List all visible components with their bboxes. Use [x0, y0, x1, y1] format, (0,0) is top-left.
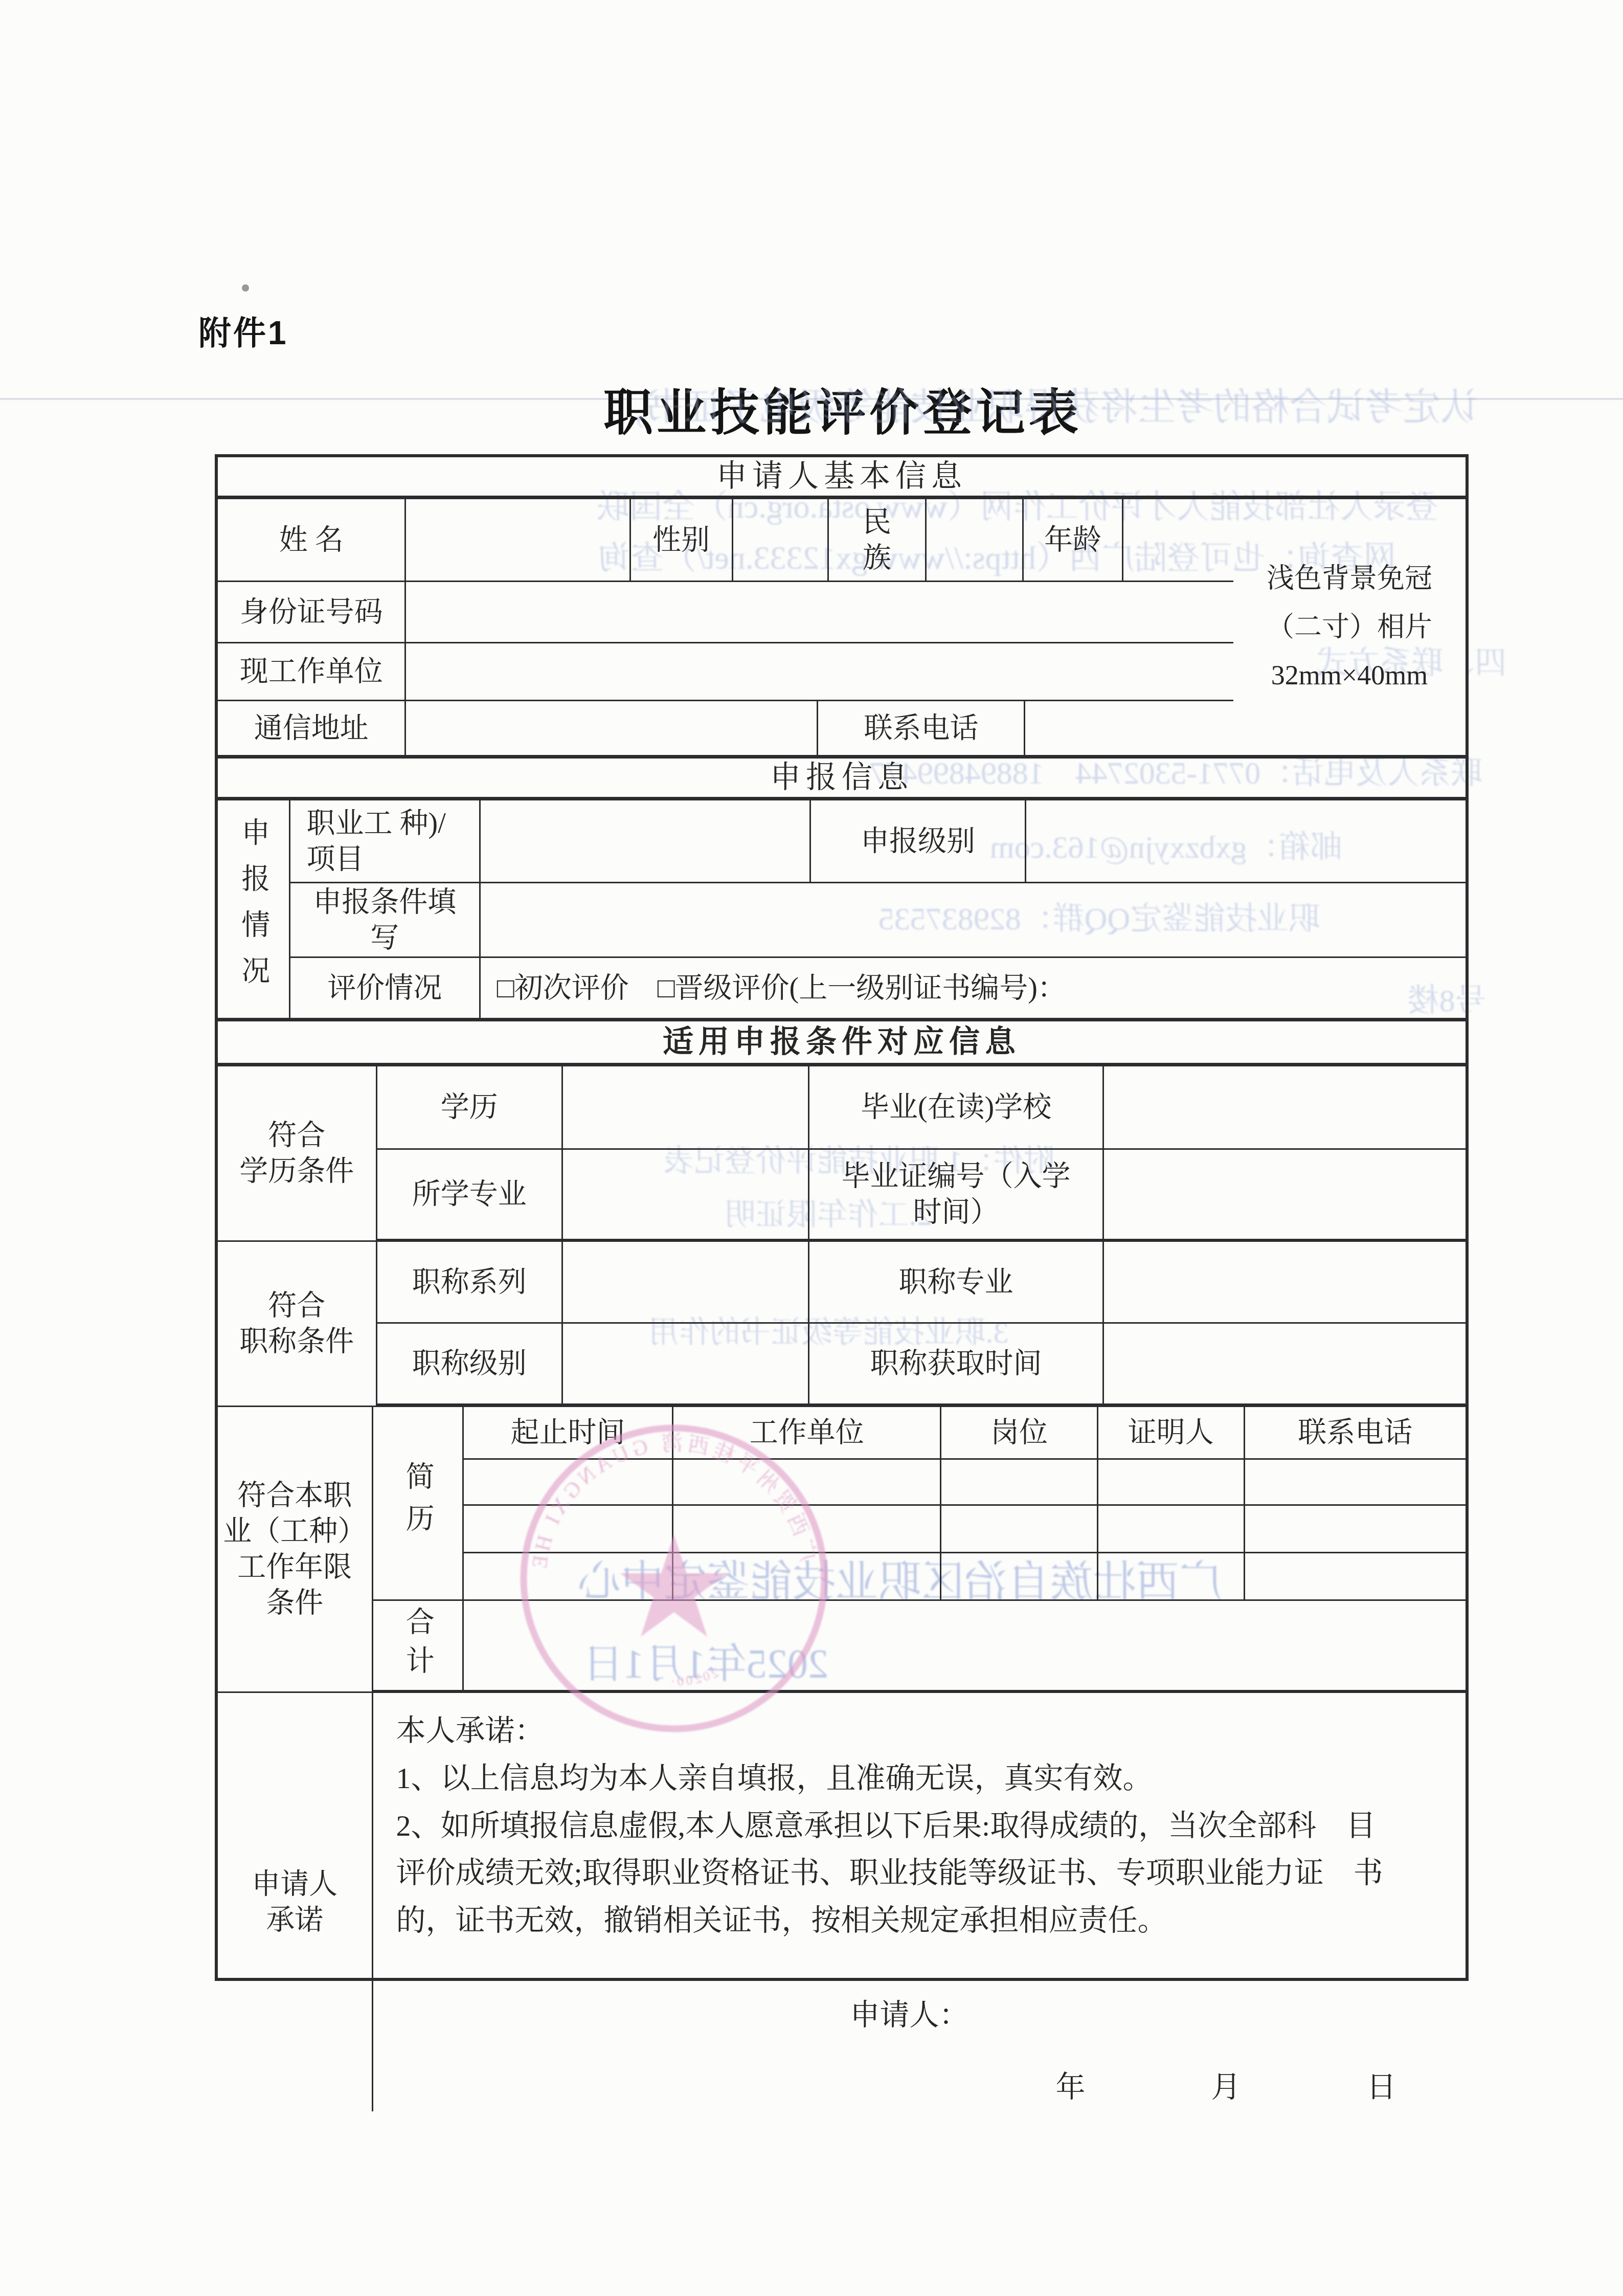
level-value-cell [1026, 800, 1466, 883]
cv-row1-phone [1245, 1460, 1466, 1506]
name-label: 姓 名 [218, 499, 406, 582]
title-series-label: 职称系列 [377, 1242, 563, 1324]
education-value-cell [563, 1066, 809, 1150]
cv-col-employer: 工作单位 [673, 1407, 941, 1460]
section-header-applicable: 适用申报条件对应信息 [218, 1021, 1466, 1066]
experience-side-label: 符合本职 业（工种） 工作年限 条件 [218, 1407, 373, 1693]
promise-line: 2、如所填报信息虚假,本人愿意承担以下后果:取得成绩的，当次全部科 目 [396, 1802, 1445, 1850]
declare-side-label: 申报情况 [218, 800, 290, 1021]
photo-placeholder-cell: 浅色背景免冠 （二寸）相片 32mm×40mm [1233, 499, 1466, 759]
cv-row2-phone [1245, 1506, 1466, 1553]
education-label: 学历 [377, 1066, 563, 1150]
date-line: 年 月 日 [396, 2064, 1445, 2111]
ethnic-label: 民 族 [829, 499, 926, 582]
id-number-value-cell [406, 582, 1233, 643]
ink-dot-artifact [242, 284, 249, 292]
promise-line: 本人承诺： [396, 1707, 1445, 1755]
page-title: 职业技能评价登记表 [603, 372, 1082, 444]
occupation-value-cell [481, 800, 811, 883]
promise-line: 的，证书无效，撤销相关证书，按相关规定承担相应责任。 [396, 1897, 1445, 1945]
cv-row1-witness [1098, 1460, 1245, 1506]
total-value-cell [464, 1601, 1466, 1693]
cv-col-phone: 联系电话 [1245, 1407, 1466, 1460]
cv-row2-period [464, 1506, 673, 1553]
id-number-label: 身份证号码 [218, 582, 406, 643]
evaluation-options: □初次评价 □晋级评价(上一级别证书编号)： [481, 958, 1466, 1021]
age-value-cell [1123, 499, 1233, 582]
evaluation-label: 评价情况 [290, 958, 481, 1021]
school-value-cell [1104, 1066, 1466, 1150]
cv-row2-post [941, 1506, 1098, 1553]
title-side-label: 符合 职称条件 [218, 1242, 377, 1407]
cv-row3-post [941, 1553, 1098, 1601]
phone-label: 联系电话 [818, 701, 1025, 759]
edu-side-label: 符合 学历条件 [218, 1066, 377, 1242]
scanned-form-page: 附件1 职业技能评价登记表 认定考试合格的考生将获得职业技能等级电子证书，登录人… [0, 0, 1623, 2296]
registration-form-table: 申请人基本信息 姓 名 性别 民 族 年龄 身份证号码 [215, 454, 1469, 1981]
cv-row1-employer [673, 1460, 941, 1506]
phone-value-cell [1025, 701, 1233, 759]
diploma-no-value-cell [1104, 1150, 1466, 1242]
section-header-basic-info: 申请人基本信息 [218, 457, 1466, 499]
total-label: 合计 [373, 1601, 464, 1693]
cv-row2-employer [673, 1506, 941, 1553]
title-level-value-cell [563, 1324, 809, 1407]
applicant-signature-label: 申请人： [396, 1992, 1445, 2039]
promise-line: 1、以上信息均为本人亲自填报，且准确无误，真实有效。 [396, 1755, 1445, 1802]
cv-row3-witness [1098, 1553, 1245, 1601]
condition-label: 申报条件填 写 [290, 883, 481, 958]
cv-row2-witness [1098, 1506, 1245, 1553]
attachment-label: 附件1 [198, 307, 288, 354]
level-label: 申报级别 [811, 800, 1026, 883]
age-label: 年龄 [1024, 499, 1123, 582]
address-value-cell [406, 701, 818, 759]
major-value-cell [563, 1150, 809, 1242]
title-major-value-cell [1104, 1242, 1466, 1324]
title-level-label: 职称级别 [377, 1324, 563, 1407]
diploma-no-label: 毕业证编号（入学 时间） [809, 1150, 1104, 1242]
cv-row1-period [464, 1460, 673, 1506]
cv-row3-period [464, 1553, 673, 1601]
promise-content-cell: 本人承诺： 1、以上信息均为本人亲自填报，且准确无误，真实有效。 2、如所填报信… [373, 1693, 1466, 2111]
cv-row3-phone [1245, 1553, 1466, 1601]
cv-label: 简历 [373, 1407, 464, 1601]
promise-side-label: 申请人 承诺 [218, 1693, 373, 2111]
ethnic-value-cell [927, 499, 1024, 582]
occupation-label: 职业工 种)/ 项目 [290, 800, 481, 883]
address-label: 通信地址 [218, 701, 406, 759]
school-label: 毕业(在读)学校 [809, 1066, 1104, 1150]
title-major-label: 职称专业 [809, 1242, 1104, 1324]
major-label: 所学专业 [377, 1150, 563, 1242]
cv-col-period: 起止时间 [464, 1407, 673, 1460]
cv-col-post: 岗位 [941, 1407, 1098, 1460]
title-time-value-cell [1104, 1324, 1466, 1407]
sex-label: 性别 [631, 499, 733, 582]
employer-label: 现工作单位 [218, 643, 406, 701]
promise-line: 评价成绩无效;取得职业资格证书、职业技能等级证书、专项职业能力证 书 [396, 1849, 1445, 1897]
cv-row3-employer [673, 1553, 941, 1601]
title-time-label: 职称获取时间 [809, 1324, 1104, 1407]
sex-value-cell [733, 499, 829, 582]
section-header-declare: 申报信息 [218, 759, 1466, 800]
name-value-cell [406, 499, 630, 582]
employer-value-cell [406, 643, 1233, 701]
cv-col-witness: 证明人 [1098, 1407, 1245, 1460]
title-series-value-cell [563, 1242, 809, 1324]
cv-row1-post [941, 1460, 1098, 1506]
condition-value-cell [481, 883, 1466, 958]
